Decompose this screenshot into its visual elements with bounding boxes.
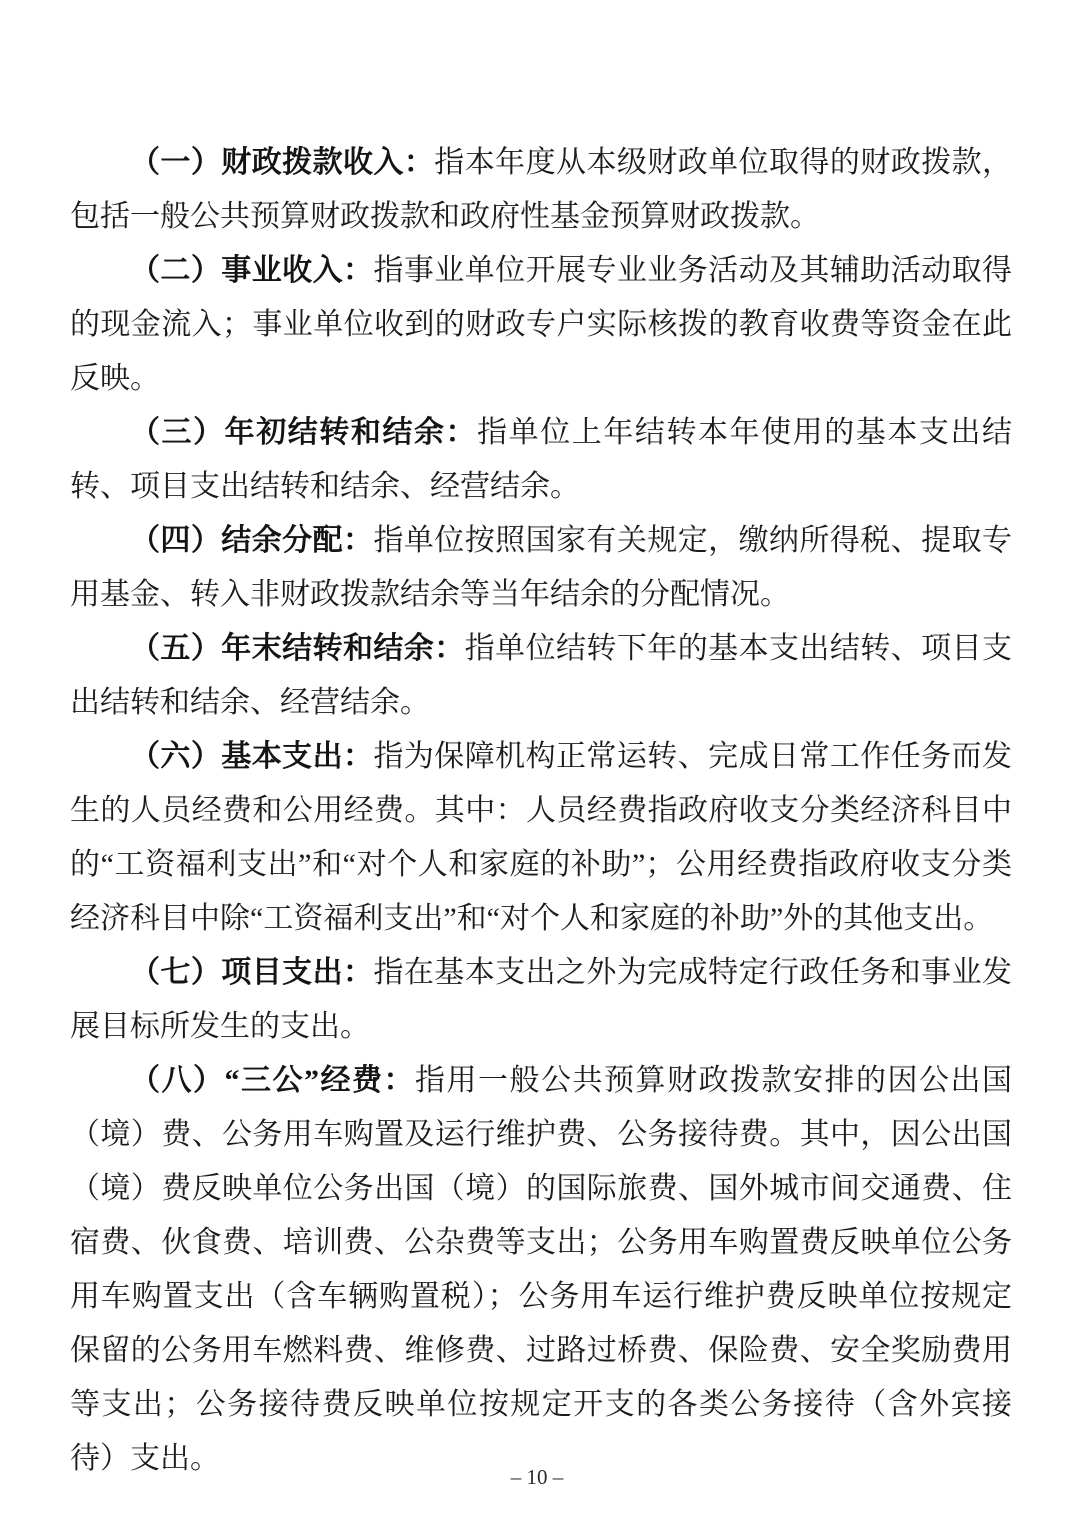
term-label: （一）财政拨款收入： <box>130 146 434 179</box>
term-label: （八）“三公”经费： <box>130 1064 415 1097</box>
paragraph-item-1: （一）财政拨款收入：指本年度从本级财政单位取得的财政拨款，包括一般公共预算财政拨… <box>70 136 1012 244</box>
paragraph-item-6: （六）基本支出：指为保障机构正常运转、完成日常工作任务而发生的人员经费和公用经费… <box>70 730 1012 946</box>
term-label: （四）结余分配： <box>130 524 373 557</box>
paragraph-item-5: （五）年末结转和结余：指单位结转下年的基本支出结转、项目支出结转和结余、经营结余… <box>70 622 1012 730</box>
paragraph-text: 指用一般公共预算财政拨款安排的因公出国（境）费、公务用车购置及运行维护费、公务接… <box>70 1064 1012 1475</box>
term-label: （二）事业收入： <box>130 254 373 287</box>
term-label: （五）年末结转和结余： <box>130 632 465 665</box>
document-body: （一）财政拨款收入：指本年度从本级财政单位取得的财政拨款，包括一般公共预算财政拨… <box>70 136 1012 1486</box>
paragraph-item-8: （八）“三公”经费：指用一般公共预算财政拨款安排的因公出国（境）费、公务用车购置… <box>70 1054 1012 1486</box>
term-label: （七）项目支出： <box>130 956 373 989</box>
page-number: – 10 – <box>0 1462 1074 1492</box>
paragraph-item-3: （三）年初结转和结余：指单位上年结转本年使用的基本支出结转、项目支出结转和结余、… <box>70 406 1012 514</box>
document-page: （一）财政拨款收入：指本年度从本级财政单位取得的财政拨款，包括一般公共预算财政拨… <box>0 0 1074 1520</box>
term-label: （三）年初结转和结余： <box>130 416 477 449</box>
paragraph-item-2: （二）事业收入：指事业单位开展专业业务活动及其辅助活动取得的现金流入；事业单位收… <box>70 244 1012 406</box>
paragraph-item-7: （七）项目支出：指在基本支出之外为完成特定行政任务和事业发展目标所发生的支出。 <box>70 946 1012 1054</box>
term-label: （六）基本支出： <box>130 740 373 773</box>
paragraph-item-4: （四）结余分配：指单位按照国家有关规定，缴纳所得税、提取专用基金、转入非财政拨款… <box>70 514 1012 622</box>
